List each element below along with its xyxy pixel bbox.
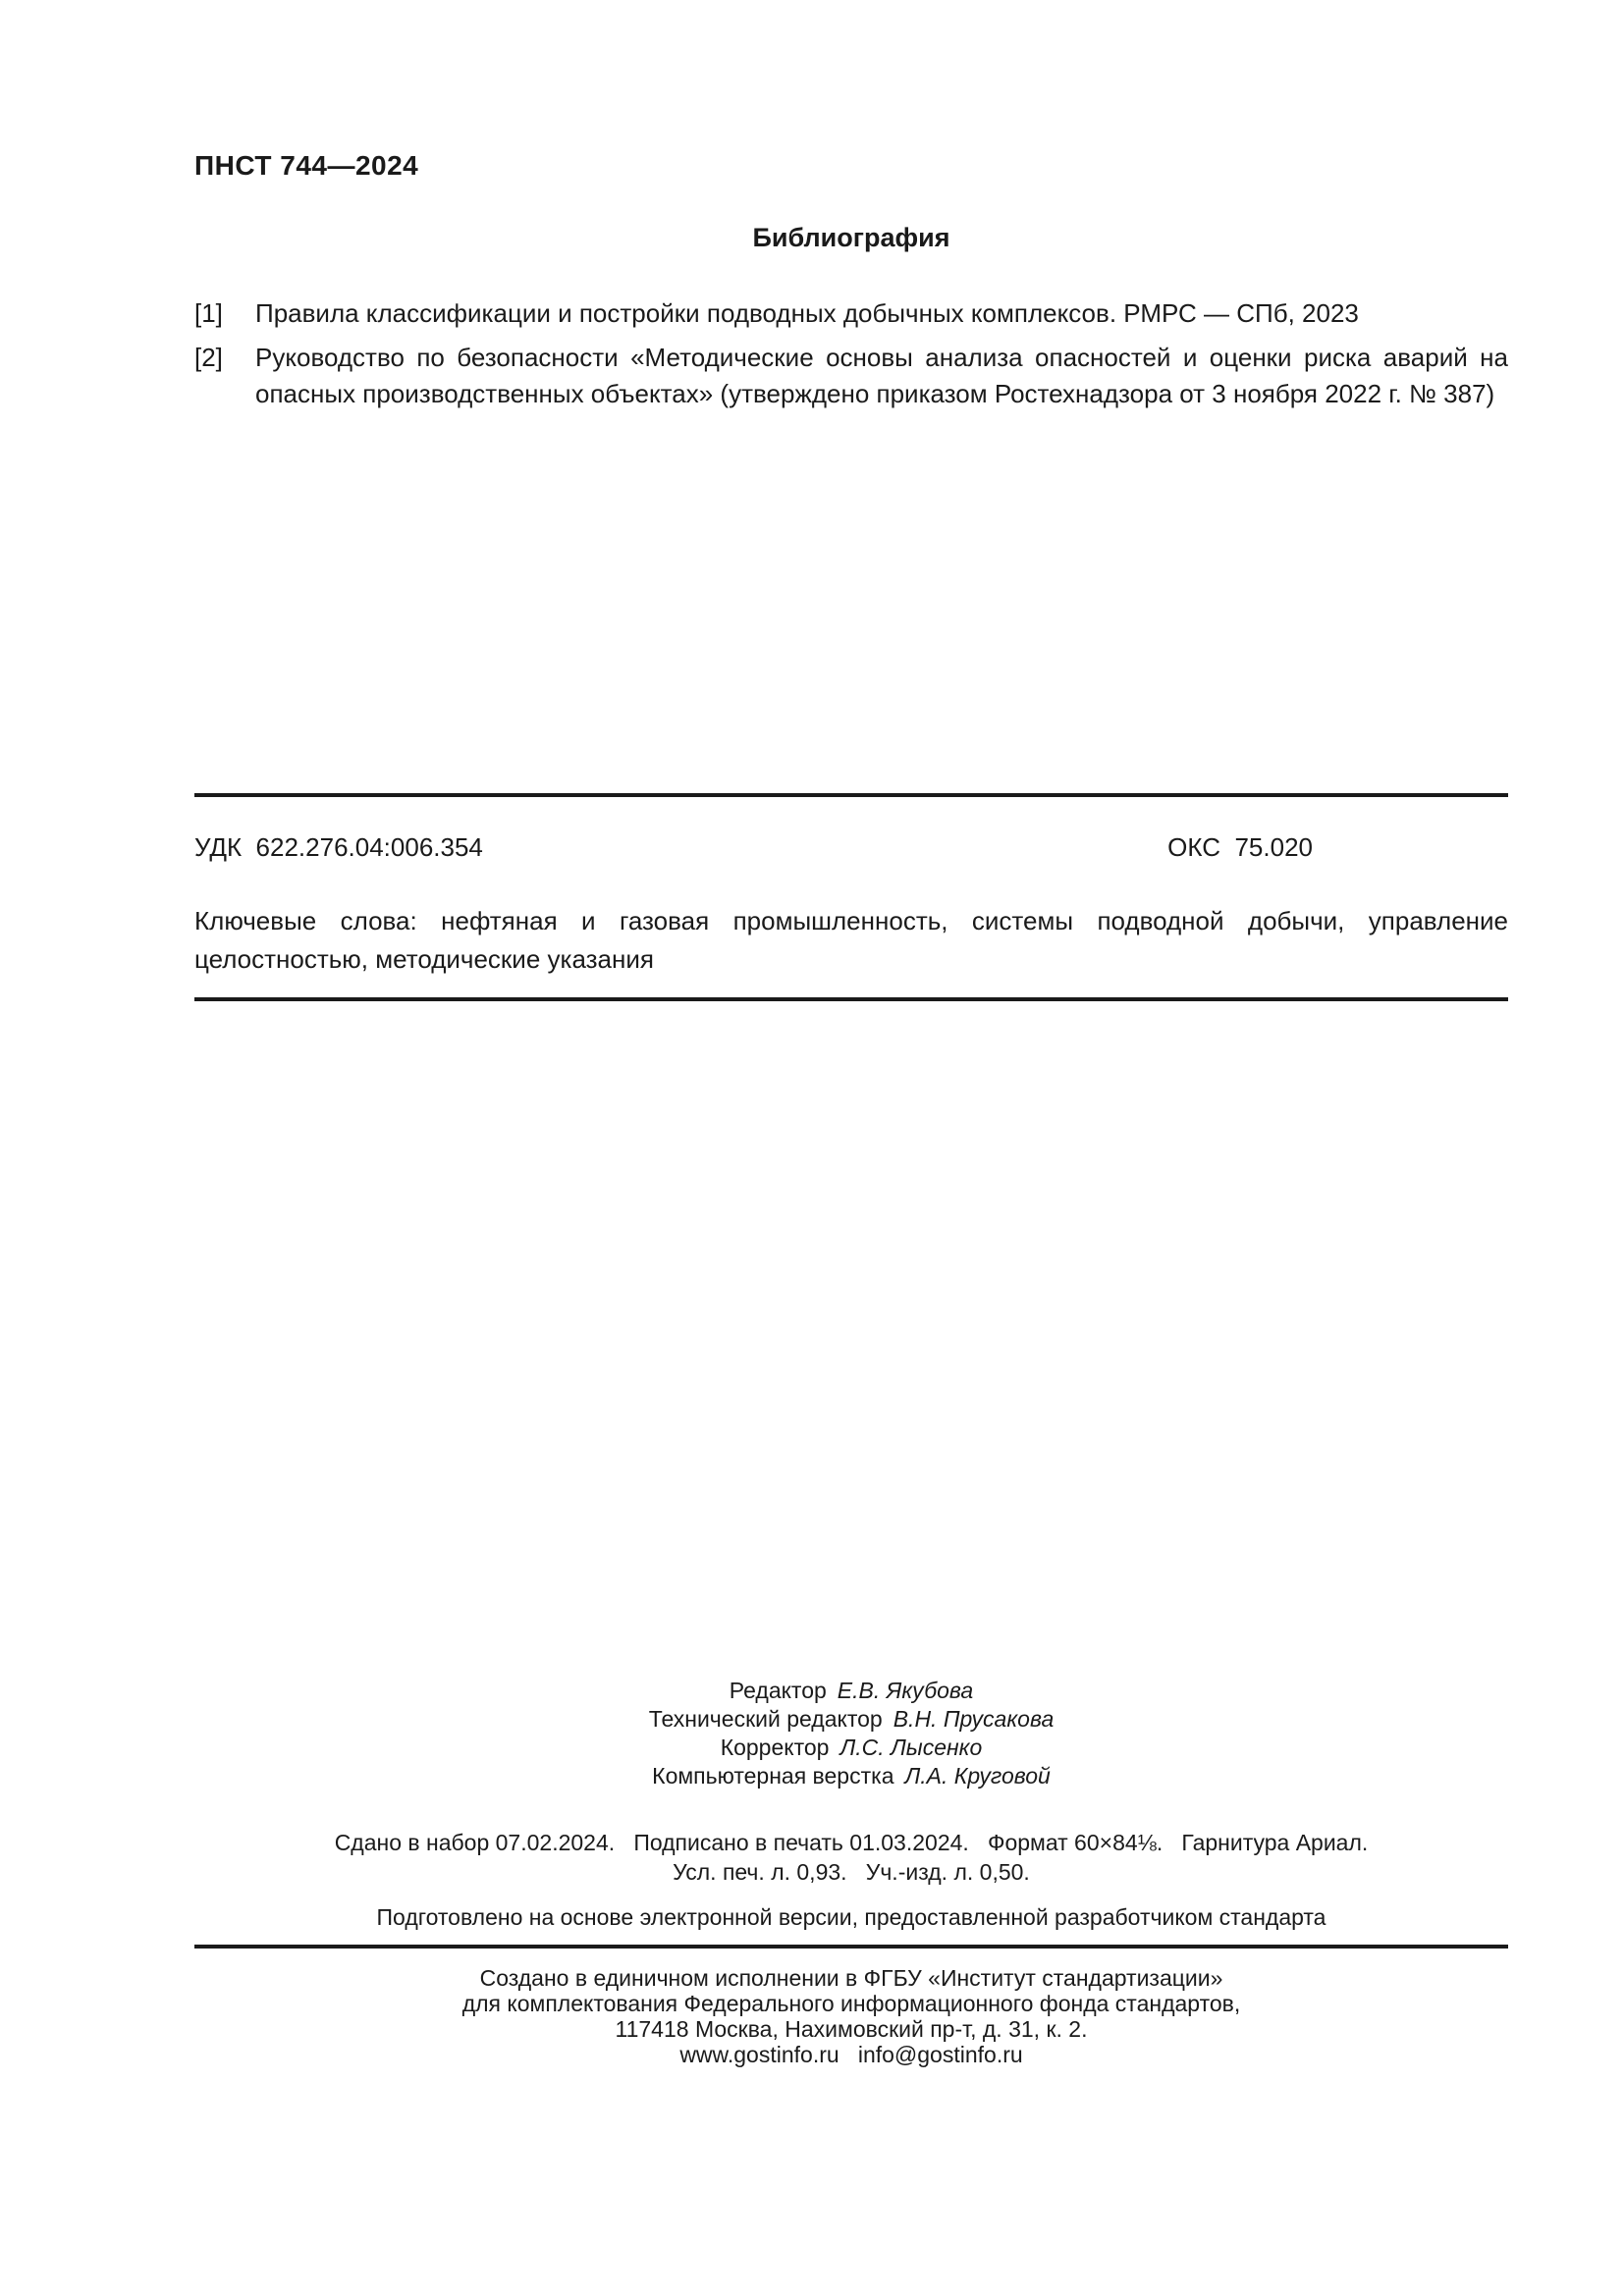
editorial-credits: РедакторЕ.В. Якубова Технический редакто… xyxy=(194,1677,1508,1790)
horizontal-divider xyxy=(194,997,1508,1001)
publisher-block: Создано в единичном исполнении в ФГБУ «И… xyxy=(194,1965,1508,2067)
imprint-line: Сдано в набор 07.02.2024. Подписано в пе… xyxy=(194,1828,1508,1857)
credit-name: Л.А. Круговой xyxy=(905,1763,1051,1789)
credit-line: Компьютерная версткаЛ.А. Круговой xyxy=(194,1762,1508,1790)
credit-name: Е.В. Якубова xyxy=(838,1678,973,1703)
bibliography-list: [1] Правила классификации и постройки по… xyxy=(194,295,1508,420)
credit-line: Технический редакторВ.Н. Прусакова xyxy=(194,1705,1508,1734)
publisher-line: Создано в единичном исполнении в ФГБУ «И… xyxy=(194,1965,1508,1991)
horizontal-divider xyxy=(194,793,1508,797)
bibliography-heading: Библиография xyxy=(194,223,1508,253)
bibliography-item-marker: [2] xyxy=(194,340,223,376)
credit-name: Л.С. Лысенко xyxy=(839,1735,982,1760)
publisher-address: 117418 Москва, Нахимовский пр-т, д. 31, … xyxy=(194,2016,1508,2042)
document-code: ПНСТ 744—2024 xyxy=(194,150,418,182)
imprint-block: Сдано в набор 07.02.2024. Подписано в пе… xyxy=(194,1828,1508,1887)
credit-role: Корректор xyxy=(721,1735,830,1760)
credit-role: Технический редактор xyxy=(649,1706,883,1732)
document-page: ПНСТ 744—2024 Библиография [1] Правила к… xyxy=(0,0,1624,2296)
credit-role: Компьютерная верстка xyxy=(652,1763,893,1789)
credit-name: В.Н. Прусакова xyxy=(893,1706,1055,1732)
bibliography-item: [1] Правила классификации и постройки по… xyxy=(194,295,1508,332)
credit-line: РедакторЕ.В. Якубова xyxy=(194,1677,1508,1705)
credit-line: КорректорЛ.С. Лысенко xyxy=(194,1734,1508,1762)
bibliography-item-text: Правила классификации и постройки подвод… xyxy=(255,298,1359,328)
imprint-line: Усл. печ. л. 0,93. Уч.-изд. л. 0,50. xyxy=(194,1857,1508,1887)
oks-code: ОКС 75.020 xyxy=(1167,832,1313,863)
horizontal-divider xyxy=(194,1945,1508,1949)
credit-role: Редактор xyxy=(730,1678,827,1703)
publisher-contacts: www.gostinfo.ru info@gostinfo.ru xyxy=(194,2042,1508,2067)
publisher-line: для комплектования Федерального информац… xyxy=(194,1991,1508,2016)
bibliography-item: [2] Руководство по безопасности «Методич… xyxy=(194,340,1508,412)
bibliography-item-marker: [1] xyxy=(194,295,223,332)
bibliography-item-text: Руководство по безопасности «Методически… xyxy=(255,343,1508,408)
classification-row: УДК 622.276.04:006.354 ОКС 75.020 xyxy=(194,832,1508,863)
udk-code: УДК 622.276.04:006.354 xyxy=(194,832,483,863)
prepared-note: Подготовлено на основе электронной верси… xyxy=(194,1904,1508,1931)
keywords-paragraph: Ключевые слова: нефтяная и газовая промы… xyxy=(194,902,1508,979)
